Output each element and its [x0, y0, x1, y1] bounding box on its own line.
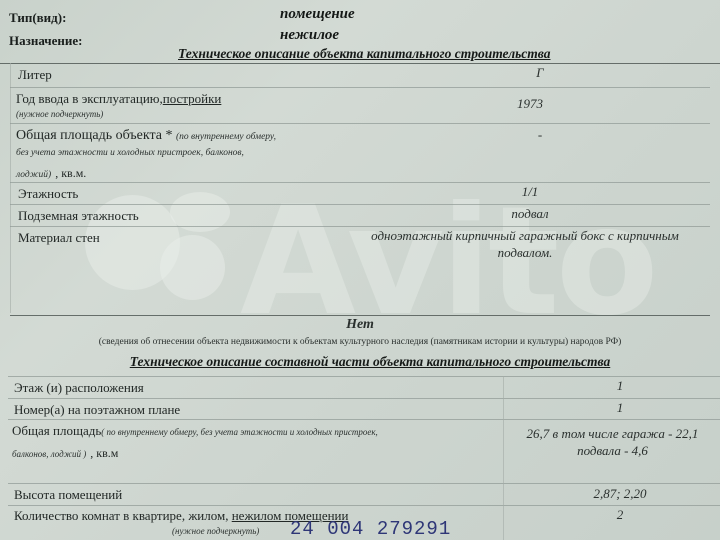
row-note: (нужное подчеркнуть): [172, 526, 259, 536]
row-divider: [8, 419, 720, 420]
row-value: 2,87; 2,20: [560, 486, 680, 502]
row-value: подвал: [480, 206, 580, 222]
row-label: Высота помещений: [14, 487, 122, 503]
row-label: Номер(а) на поэтажном плане: [14, 402, 180, 418]
label-underlined: постройки: [163, 91, 222, 106]
unit: , кв.м.: [55, 166, 86, 180]
row-value: 26,7 в том числе гаража - 22,1: [505, 426, 720, 442]
row-value: Г: [490, 65, 590, 81]
label-text: Общая площадь: [12, 423, 101, 438]
row-value: 2: [570, 507, 670, 523]
row-note: лоджий): [16, 170, 51, 180]
table-border: [10, 315, 710, 316]
type-value: помещение: [280, 6, 355, 23]
asterisk: *: [166, 128, 173, 143]
heritage-value: Нет: [0, 317, 720, 333]
type-label: Тип(вид):: [9, 10, 66, 26]
row-value: 1: [570, 400, 670, 416]
row-value: -: [490, 127, 590, 143]
row-divider: [8, 398, 720, 399]
row-divider: [8, 376, 720, 377]
row-divider: [10, 204, 710, 205]
table-border: [10, 63, 11, 313]
section1-title: Техническое описание объекта капитальног…: [178, 46, 550, 62]
watermark-circle: [160, 235, 225, 300]
table-border: [0, 63, 720, 64]
row-note-line3: лоджий) , кв.м.: [16, 164, 86, 182]
row-divider: [10, 123, 710, 124]
row-label: Материал стен: [18, 230, 100, 246]
row-divider: [10, 182, 710, 183]
row-note-line2: балконов, лоджий ) , кв.м: [12, 444, 118, 462]
serial-number: 24 004 279291: [290, 518, 451, 540]
row-label: Этажность: [18, 186, 78, 202]
label-text: Общая площадь объекта: [16, 128, 162, 143]
label-text: Год ввода в эксплуатацию,: [16, 91, 163, 106]
row-note: без учета этажности и холодных пристроек…: [16, 148, 244, 158]
row-divider: [10, 87, 710, 88]
row-label: Подземная этажность: [18, 208, 139, 224]
row-note: ( по внутреннему обмеру, без учета этажн…: [101, 427, 378, 437]
row-note: (по внутреннему обмеру,: [176, 132, 276, 142]
row-label: Год ввода в эксплуатацию,постройки: [16, 91, 221, 107]
purpose-label: Назначение:: [9, 33, 83, 49]
unit: , кв.м: [90, 446, 118, 460]
row-value: 1973: [480, 96, 580, 112]
row-value-line2: подвала - 4,6: [505, 443, 720, 459]
heritage-caption: (сведения об отнесении объекта недвижимо…: [0, 337, 720, 347]
row-value: 1: [570, 378, 670, 394]
row-divider: [8, 483, 720, 484]
row-value: одноэтажный кирпичный гаражный бокс с ки…: [340, 228, 710, 244]
row-label: Литер: [18, 67, 52, 83]
row-value: 1/1: [480, 184, 580, 200]
row-note: балконов, лоджий ): [12, 449, 86, 459]
column-divider: [503, 376, 504, 540]
row-label: Общая площадь( по внутреннему обмеру, бе…: [12, 423, 378, 439]
row-divider: [8, 505, 720, 506]
section2-title: Техническое описание составной части объ…: [0, 354, 720, 370]
row-divider: [10, 226, 710, 227]
row-value-line2: подвалом.: [340, 245, 710, 261]
row-label: Общая площадь объекта * (по внутреннему …: [16, 128, 276, 144]
row-label: Этаж (и) расположения: [14, 380, 144, 396]
row-note: (нужное подчеркнуть): [16, 109, 103, 119]
purpose-value: нежилое: [280, 27, 339, 44]
label-text: Количество комнат в квартире, жилом,: [14, 508, 228, 523]
